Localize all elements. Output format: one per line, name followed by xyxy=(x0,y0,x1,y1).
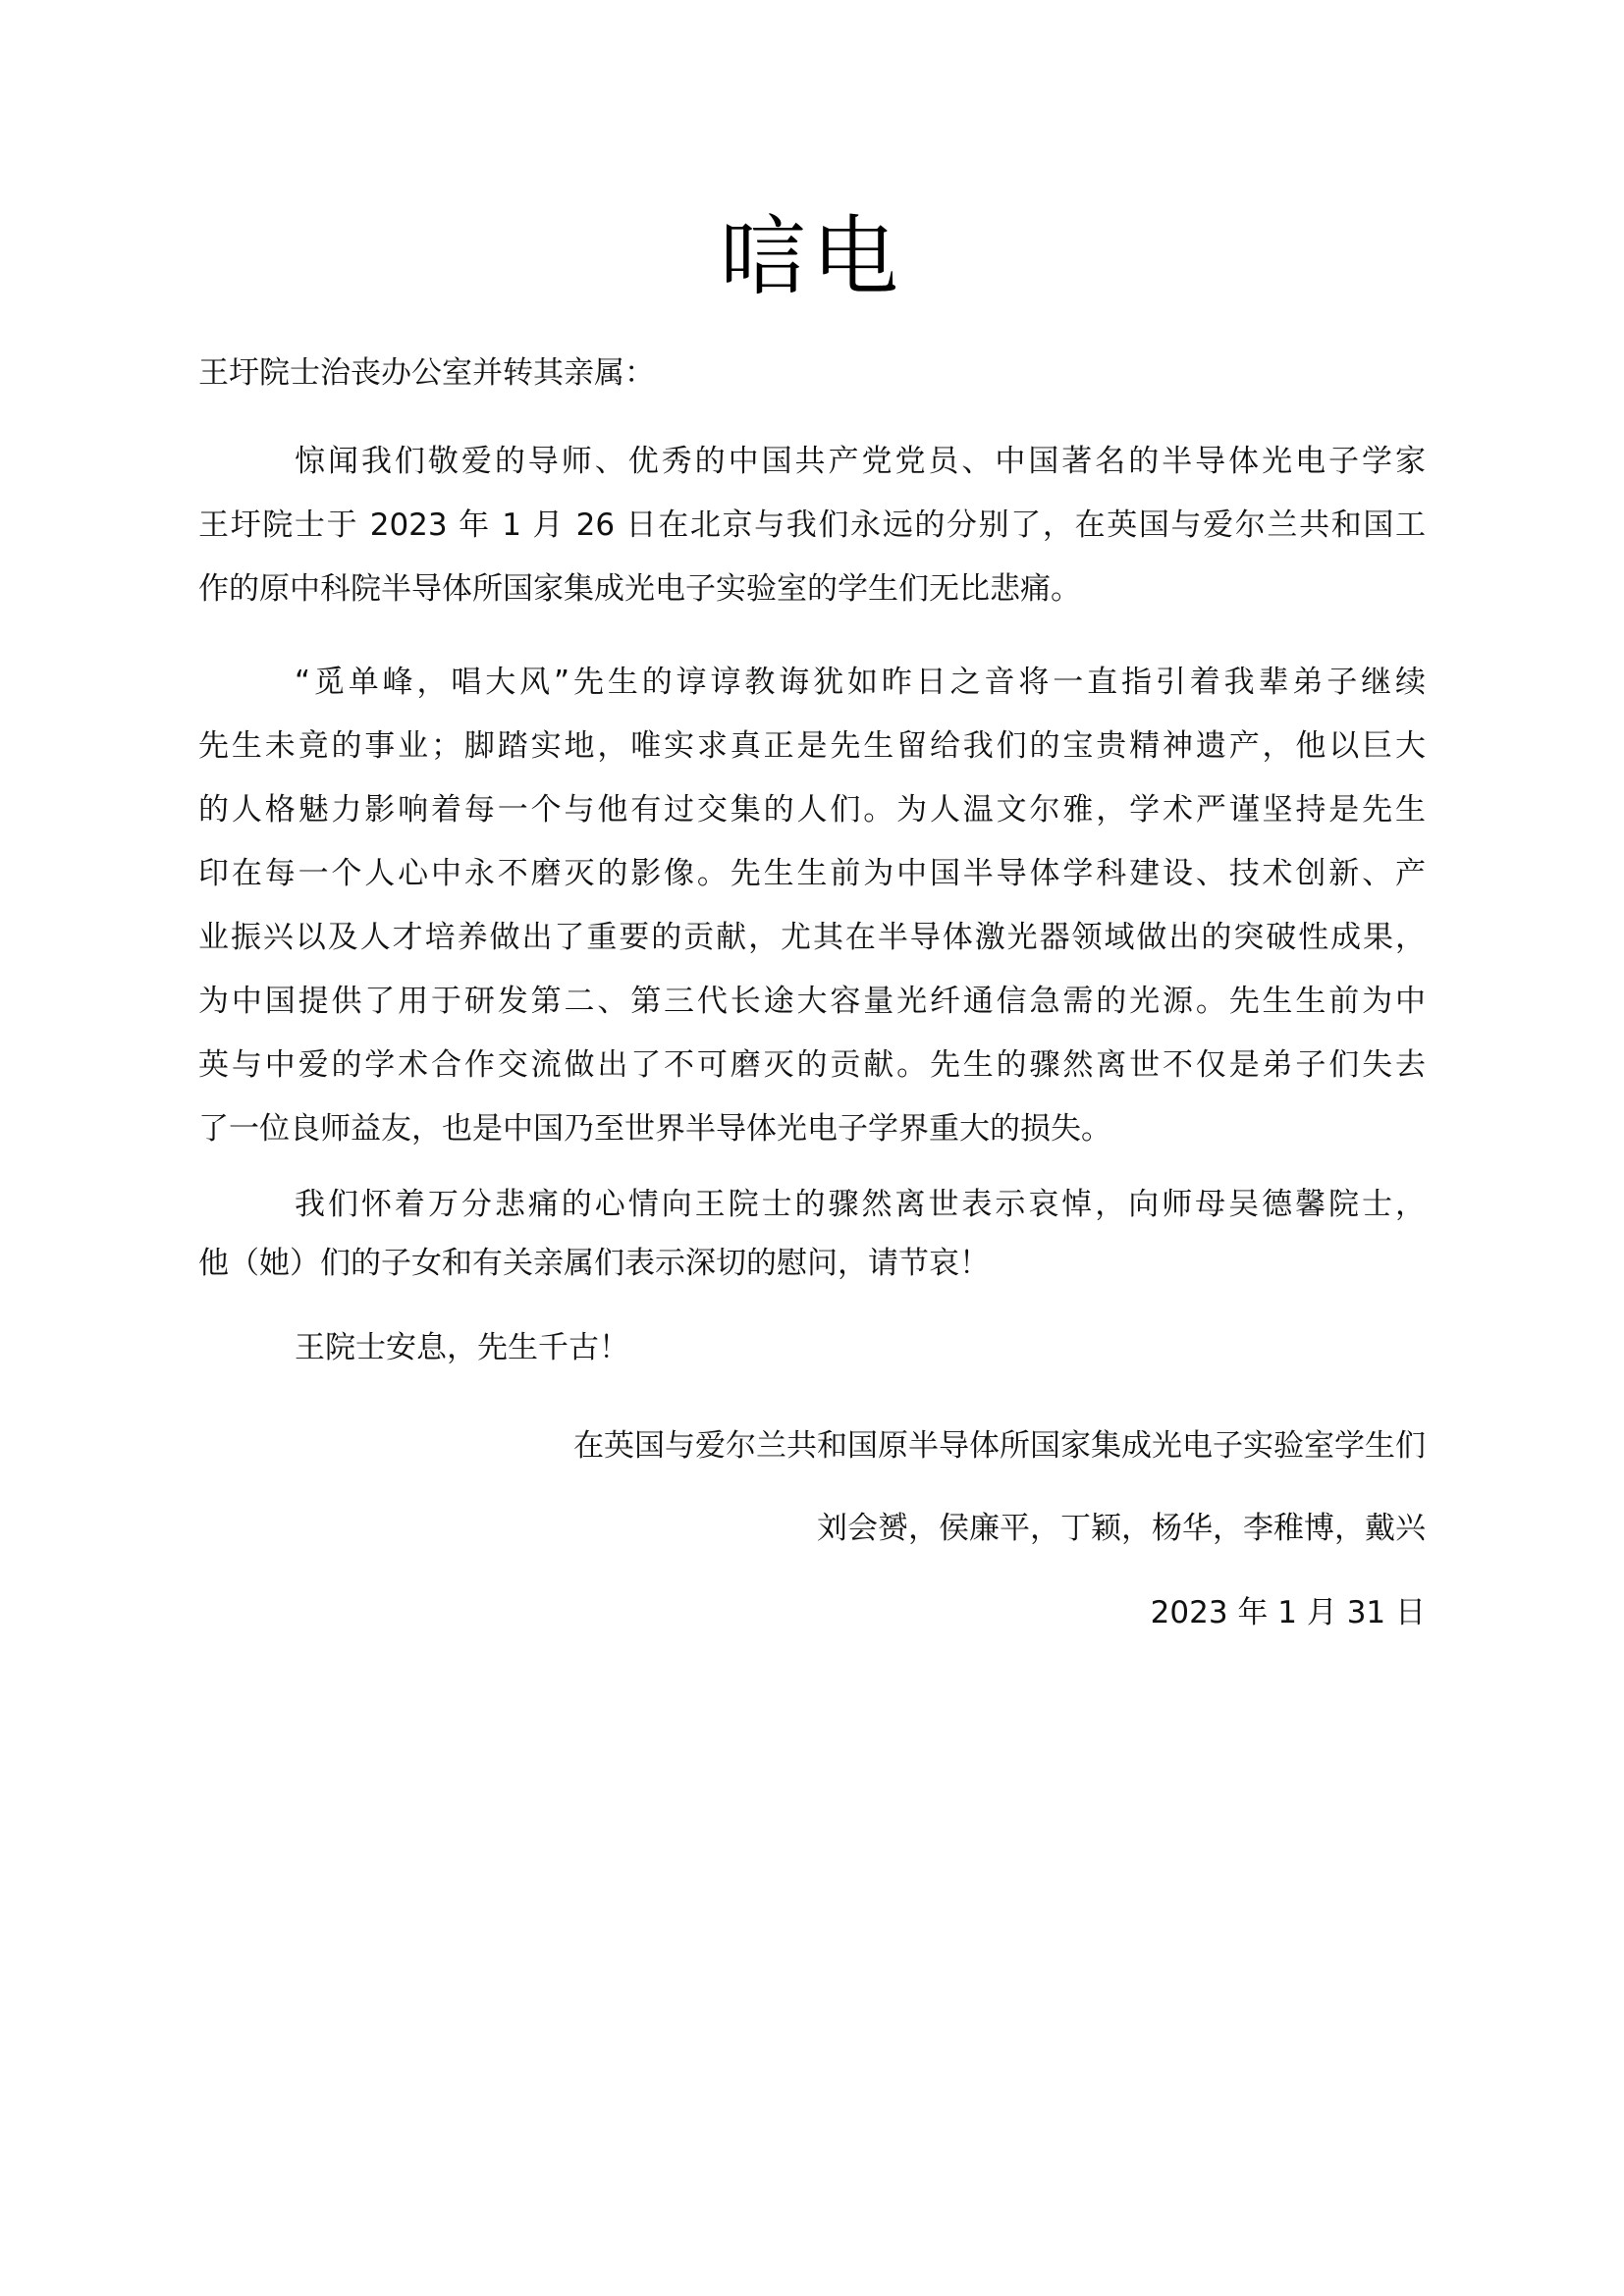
paragraph-2-line-6: 为中国提供了用于研发第二、第三代长途大容量光纤通信急需的光源。先生生前为中 xyxy=(198,982,1426,1021)
paragraph-2-line-5: 业振兴以及人才培养做出了重要的贡献，尤其在半导体激光器领域做出的突破性成果， xyxy=(198,918,1426,957)
paragraph-2-line-8: 了一位良师益友，也是中国乃至世界半导体光电子学界重大的损失。 xyxy=(198,1109,1426,1148)
signature-date: 2023 年 1 月 31 日 xyxy=(198,1593,1426,1632)
paragraph-2-line-3: 的人格魅力影响着每一个与他有过交集的人们。为人温文尔雅，学术严谨坚持是先生 xyxy=(198,790,1426,829)
paragraph-2-line-7: 英与中爱的学术合作交流做出了不可磨灭的贡献。先生的骤然离世不仅是弟子们失去 xyxy=(198,1045,1426,1085)
document-page: 唁电 王圩院士治丧办公室并转其亲属： 惊闻我们敬爱的导师、优秀的中国共产党党员、… xyxy=(0,0,1624,2296)
salutation: 王圩院士治丧办公室并转其亲属： xyxy=(198,353,1426,393)
paragraph-3-line-2: 他（她）们的子女和有关亲属们表示深切的慰问，请节哀！ xyxy=(198,1244,1426,1283)
paragraph-3-line-1: 我们怀着万分悲痛的心情向王院士的骤然离世表示哀悼，向师母吴德馨院士， xyxy=(295,1185,1426,1224)
signature-organization: 在英国与爱尔兰共和国原半导体所国家集成光电子实验室学生们 xyxy=(198,1426,1426,1466)
signature-names: 刘会赟，侯廉平，丁颖，杨华，李稚博，戴兴 xyxy=(198,1509,1426,1548)
closing-remark: 王院士安息，先生千古！ xyxy=(295,1328,1426,1367)
paragraph-2-line-2: 先生未竟的事业；脚踏实地，唯实求真正是先生留给我们的宝贵精神遗产，他以巨大 xyxy=(198,726,1426,766)
paragraph-2-line-4: 印在每一个人心中永不磨灭的影像。先生生前为中国半导体学科建设、技术创新、产 xyxy=(198,854,1426,893)
document-title: 唁电 xyxy=(0,208,1624,306)
paragraph-1-line-2: 王圩院士于 2023 年 1 月 26 日在北京与我们永远的分别了，在英国与爱尔… xyxy=(198,506,1426,545)
paragraph-1-line-1: 惊闻我们敬爱的导师、优秀的中国共产党党员、中国著名的半导体光电子学家 xyxy=(295,442,1426,481)
paragraph-2-line-1: “觅单峰，唱大风”先生的谆谆教诲犹如昨日之音将一直指引着我辈弟子继续 xyxy=(295,663,1426,702)
paragraph-1-line-3: 作的原中科院半导体所国家集成光电子实验室的学生们无比悲痛。 xyxy=(198,569,1426,609)
